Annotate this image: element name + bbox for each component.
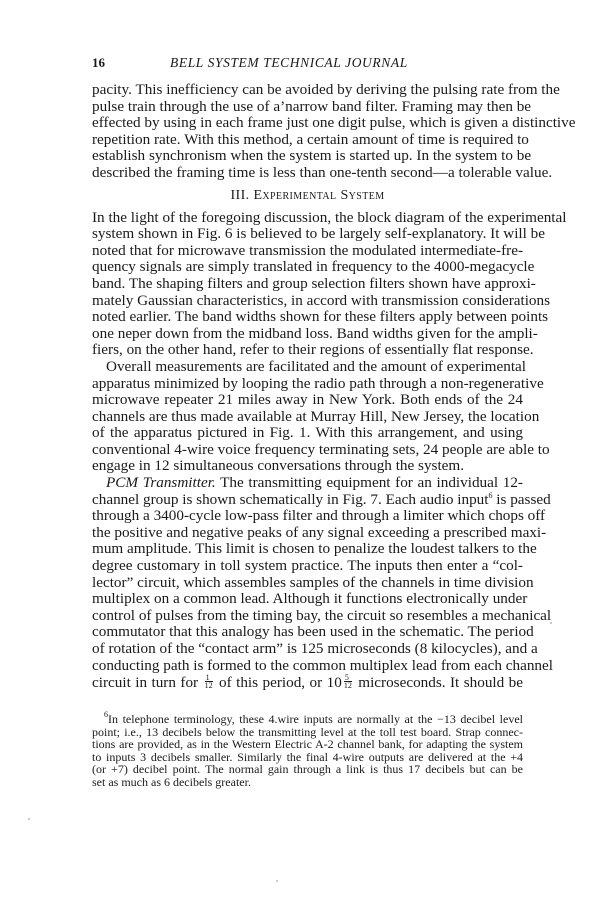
text-line: noted that for microwave transmission th…: [92, 243, 523, 260]
text-line: noted earlier. The band widths shown for…: [92, 309, 523, 326]
text-line: of the apparatus pictured in Fig. 1. Wit…: [92, 425, 523, 442]
running-head: 16 BELL SYSTEM TECHNICAL JOURNAL: [92, 55, 523, 73]
scan-speck: [550, 622, 552, 624]
text-line: system shown in Fig. 6 is believed to be…: [92, 226, 523, 243]
journal-page: 16 BELL SYSTEM TECHNICAL JOURNAL pacity.…: [0, 0, 600, 900]
run-in-title: PCM Transmitter.: [106, 474, 216, 491]
text-line: control of pulses from the timing bay, t…: [92, 608, 523, 625]
text-line: In the light of the foregoing discussion…: [92, 210, 523, 227]
text-line: pulse train through the use of a’narrow …: [92, 99, 523, 116]
text-segment: of this period, or 10: [215, 674, 342, 691]
page-number: 16: [92, 55, 105, 71]
text-segment: microseconds. It should be: [354, 674, 523, 691]
text-line: one neper down from the midband loss. Ba…: [92, 326, 523, 343]
text-line: engage in 12 simultaneous conversations …: [92, 458, 523, 475]
footnote-line: tions are provided, as in the Western El…: [92, 738, 523, 751]
body-text: pacity. This inefficiency can be avoided…: [92, 82, 523, 691]
text-segment: channel group is shown schematically in …: [92, 491, 488, 508]
text-line: fiers, on the other hand, refer to their…: [92, 342, 523, 359]
text-line: described the framing time is less than …: [92, 165, 523, 182]
text-line: degree customary in toll system practice…: [92, 558, 523, 575]
text-line: of rotation of the “contact arm” is 125 …: [92, 641, 523, 658]
footnote-line: set as much as 6 decibels greater.: [92, 776, 523, 789]
scan-speck: [276, 880, 278, 882]
text-line: circuit in turn for 112 of this period, …: [92, 674, 523, 691]
paragraph-block-diagram: In the light of the foregoing discussion…: [92, 210, 523, 359]
text-line: the positive and negative peaks of any s…: [92, 525, 523, 542]
text-line: repetition rate. With this method, a cer…: [92, 132, 523, 149]
text-line: mum amplitude. This limit is chosen to p…: [92, 541, 523, 558]
text-line: lector” circuit, which assembles samples…: [92, 575, 523, 592]
text-line: PCM Transmitter. The transmitting equipm…: [92, 475, 523, 492]
text-line: apparatus minimized by looping the radio…: [92, 376, 523, 393]
footnote: 6In telephone terminology, these 4.wire …: [92, 713, 523, 789]
text-line: channels are thus made available at Murr…: [92, 409, 523, 426]
footnote-line: 6In telephone terminology, these 4.wire …: [92, 713, 523, 726]
scan-speck: [28, 818, 30, 820]
paragraph-pcm-transmitter: PCM Transmitter. The transmitting equipm…: [92, 475, 523, 691]
text-segment: is passed: [492, 491, 550, 508]
text-line: pacity. This inefficiency can be avoided…: [92, 82, 523, 99]
text-segment: The transmitting equipment for an indivi…: [216, 474, 523, 491]
text-line: establish synchronism when the system is…: [92, 148, 523, 165]
text-line: commutator that this analogy has been us…: [92, 624, 523, 641]
text-line: mately Gaussian characteristics, in acco…: [92, 293, 523, 310]
text-line: effected by using in each frame just one…: [92, 115, 523, 132]
text-line: Overall measurements are facilitated and…: [92, 359, 523, 376]
text-line: multiplex on a common lead. Although it …: [92, 591, 523, 608]
journal-title: BELL SYSTEM TECHNICAL JOURNAL: [170, 55, 408, 71]
text-line: conventional 4-wire voice frequency term…: [92, 442, 523, 459]
text-line: quency signals are simply translated in …: [92, 259, 523, 276]
text-segment: In telephone terminology, these 4.wire i…: [108, 712, 523, 726]
text-segment: circuit in turn for: [92, 674, 203, 691]
paragraph-measurements: Overall measurements are facilitated and…: [92, 359, 523, 475]
text-line: band. The shaping filters and group sele…: [92, 276, 523, 293]
text-line: microwave repeater 21 miles away in New …: [92, 392, 523, 409]
paragraph-framing: pacity. This inefficiency can be avoided…: [92, 82, 523, 182]
text-line: through a 3400-cycle low-pass filter and…: [92, 508, 523, 525]
fraction-one-twelfth: 112: [205, 674, 213, 689]
section-heading: III. Experimental System: [92, 188, 523, 209]
text-line: conducting path is formed to the common …: [92, 658, 523, 675]
text-line: channel group is shown schematically in …: [92, 492, 523, 509]
fraction-five-twelfths: 512: [344, 674, 352, 689]
